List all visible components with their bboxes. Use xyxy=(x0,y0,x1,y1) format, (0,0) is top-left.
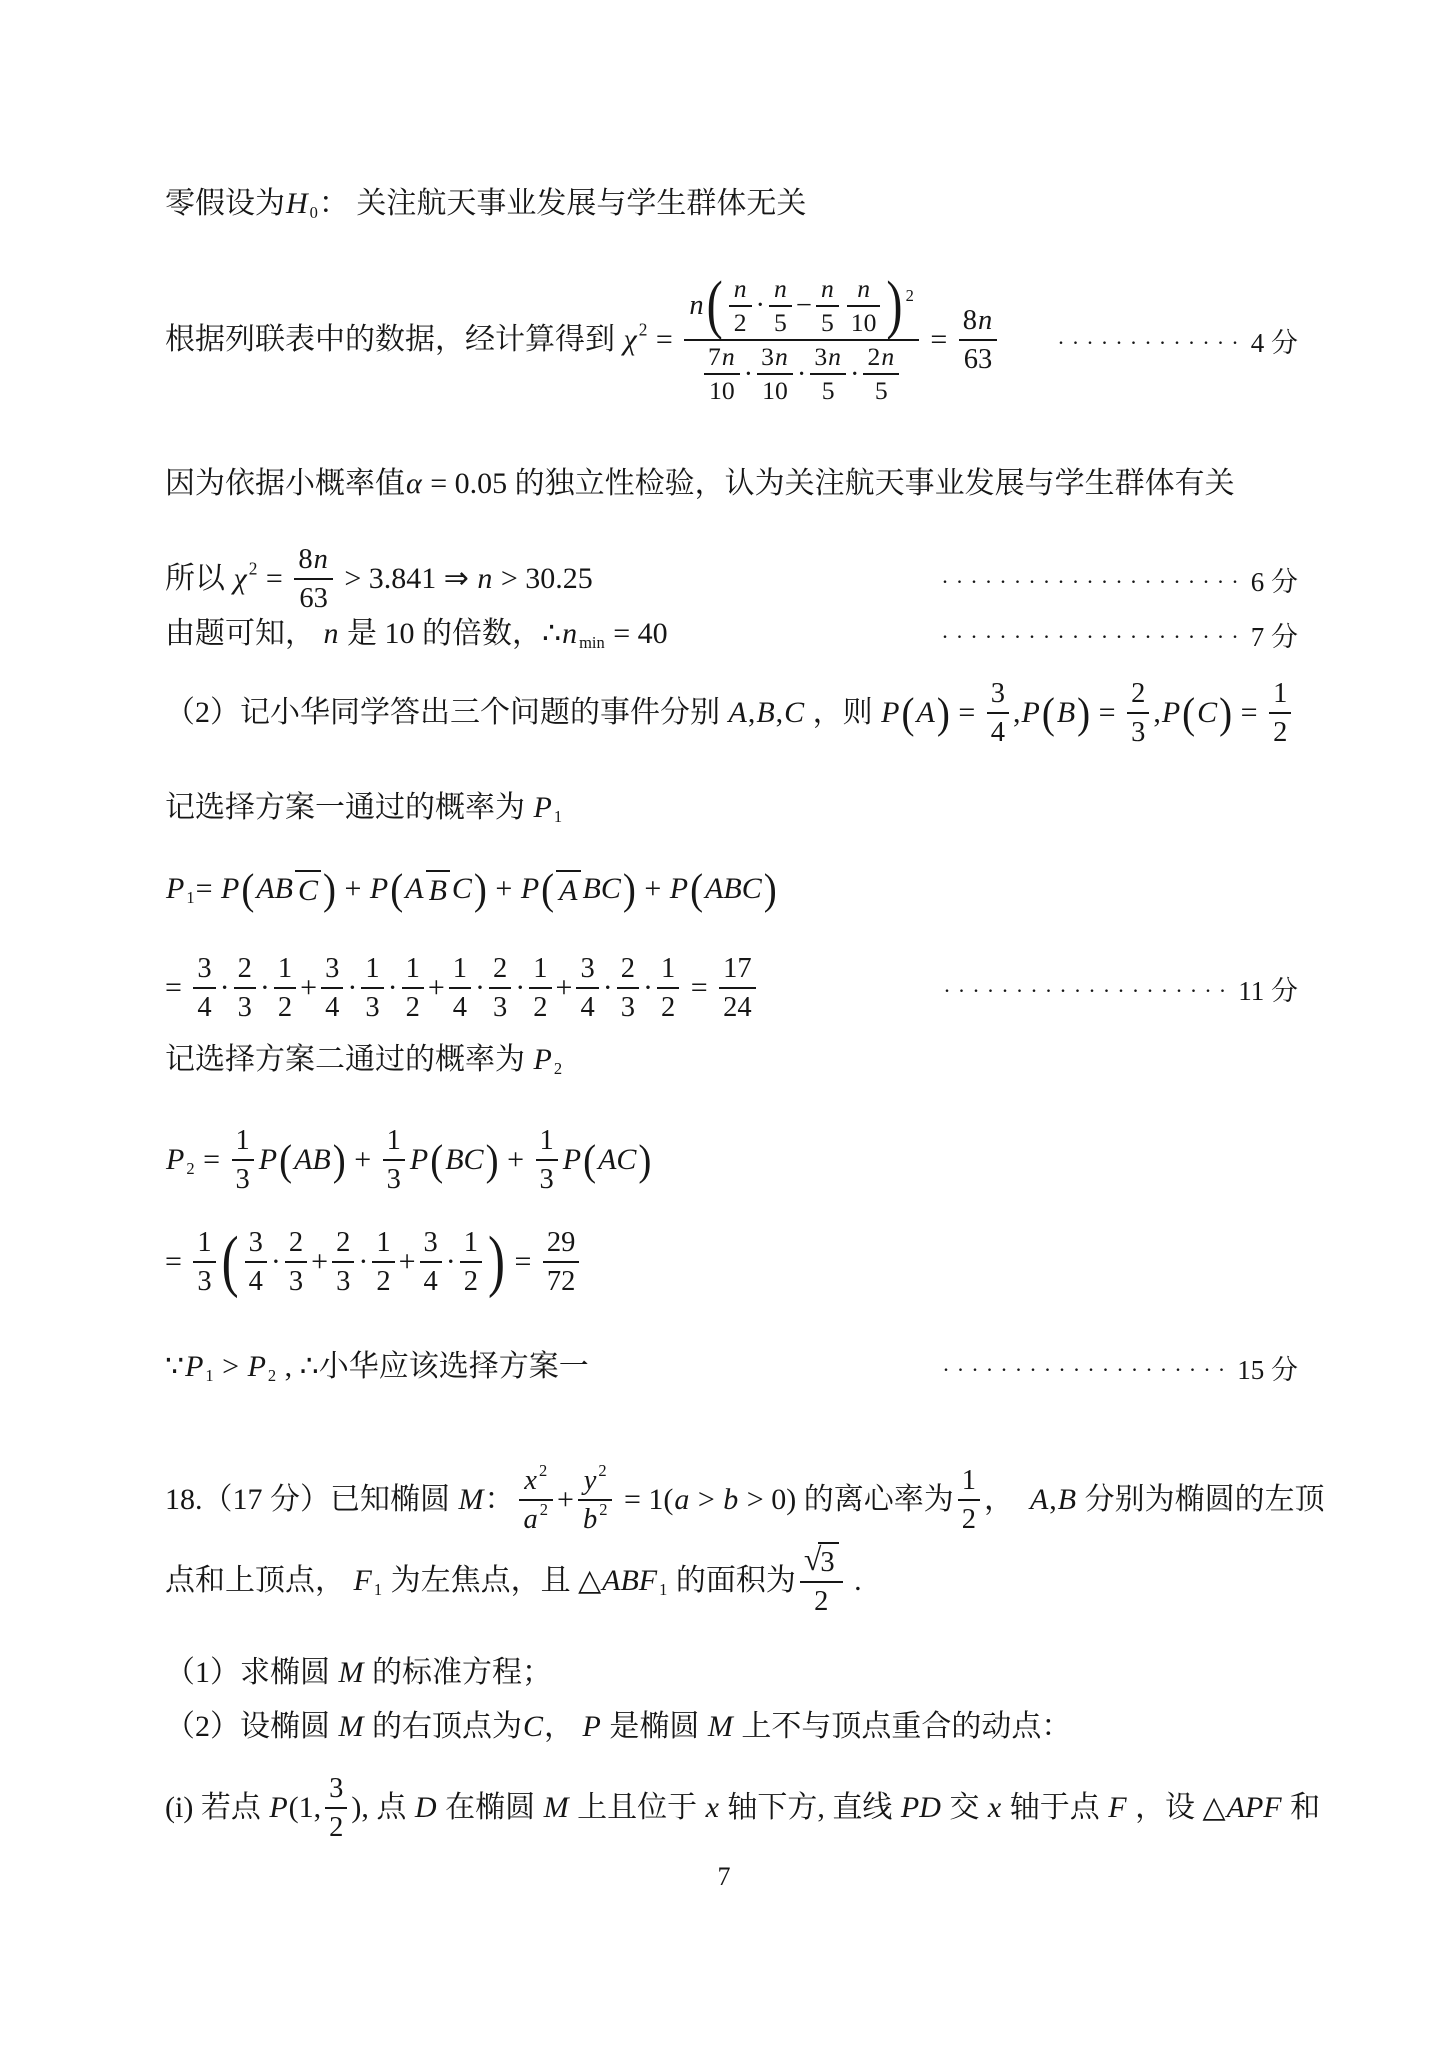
math-variable: P xyxy=(533,790,553,826)
numerator: 2 xyxy=(332,1224,354,1261)
math-text: （1）求椭圆 xyxy=(165,1655,338,1691)
math-text: + xyxy=(300,970,317,1006)
math-text: 24 xyxy=(723,989,752,1026)
math-text: , xyxy=(1049,1482,1057,1518)
math-text: 2 xyxy=(1131,675,1145,712)
denominator: 2 xyxy=(372,1261,394,1300)
numerator: 1 xyxy=(372,1224,394,1261)
math-text: 2 xyxy=(406,989,420,1026)
math-text: 29 xyxy=(547,1224,576,1261)
numerator: 1 xyxy=(361,950,383,987)
math-variable: ABC xyxy=(704,871,763,907)
fraction: 23 xyxy=(234,950,256,1026)
big-paren: ( xyxy=(222,1228,239,1297)
math-variable: n xyxy=(476,561,493,597)
math-variable: P xyxy=(533,1042,553,1078)
denominator: 4 xyxy=(321,987,343,1026)
math-text: 17 xyxy=(723,950,752,987)
math-variable: x xyxy=(987,1790,1002,1826)
math-text: 1 xyxy=(278,950,292,987)
fraction: 1724 xyxy=(719,950,756,1026)
math-text: = xyxy=(165,1244,189,1280)
square-root: √3 xyxy=(804,1542,839,1581)
score-mark-p1-value: ....................11 分 xyxy=(944,940,1298,1036)
big-paren: ) xyxy=(886,273,902,338)
math-text: 是 10 的倍数，∴ xyxy=(340,616,562,652)
math-text: = xyxy=(1233,695,1265,731)
math-variable: BC xyxy=(444,1142,484,1178)
line-chi-square-calculation: 根据列联表中的数据，经计算得到 χ2 = n(n2·n5−n5n10)27n10… xyxy=(165,262,1001,418)
math-variable: ABF xyxy=(601,1563,658,1599)
fraction: 2n5 xyxy=(863,341,899,407)
denominator: 5 xyxy=(863,373,899,407)
score-label: 4 分 xyxy=(1251,321,1298,360)
denominator: 2 xyxy=(958,1499,980,1538)
numerator: 8n xyxy=(959,302,998,339)
denominator: 3 xyxy=(332,1261,354,1300)
math-text: = 1( xyxy=(616,1482,673,1518)
math-text: 8 xyxy=(298,541,312,578)
math-text: 3 xyxy=(365,989,379,1026)
math-text: = xyxy=(951,695,983,731)
fraction: 13 xyxy=(193,1224,215,1300)
line-p2-expansion: P2 = 13P(AB) + 13P(BC) + 13P(AC) xyxy=(165,1112,652,1208)
numerator: 2n xyxy=(863,341,899,373)
math-text: 1 xyxy=(365,950,379,987)
math-text: = xyxy=(648,322,680,358)
math-text: 4 xyxy=(991,714,1005,751)
fraction: 8n63 xyxy=(294,541,333,617)
math-variable: n xyxy=(313,541,329,578)
math-text: 轴于点 xyxy=(1002,1790,1107,1826)
numerator: 3 xyxy=(576,950,598,987)
numerator: x2 xyxy=(519,1462,554,1499)
numerator: 3 xyxy=(245,1224,267,1261)
math-variable: n xyxy=(721,341,736,373)
paren: ) xyxy=(486,1138,499,1182)
numerator: 3 xyxy=(420,1224,442,1261)
paren: ( xyxy=(1182,691,1195,735)
fraction: 13 xyxy=(361,950,383,1026)
numerator: 1 xyxy=(529,950,551,987)
math-text: > 30.25 xyxy=(493,561,592,597)
fraction: 34 xyxy=(576,950,598,1026)
denominator: 2 xyxy=(274,987,296,1026)
math-text: + xyxy=(500,1142,532,1178)
paren: ) xyxy=(333,1138,346,1182)
math-text: ，则 xyxy=(805,695,880,731)
fraction: 12 xyxy=(1269,675,1291,751)
denominator: 2 xyxy=(657,987,679,1026)
denominator: 72 xyxy=(543,1261,580,1300)
math-text: = xyxy=(165,970,189,1006)
math-text: ： xyxy=(485,1482,515,1518)
denominator: 2 xyxy=(800,1581,843,1620)
math-variable: α xyxy=(405,466,423,502)
superscript: 2 xyxy=(906,285,914,306)
line-n-minimum: 由题可知， n 是 10 的倍数，∴nmin = 40 xyxy=(165,612,668,656)
math-text: ，设 △ xyxy=(1128,1790,1226,1826)
fraction: √32 xyxy=(800,1542,843,1620)
math-variable: P xyxy=(1021,695,1041,731)
fraction: n10 xyxy=(847,273,881,339)
subscript: 2 xyxy=(186,1159,194,1179)
math-text: 4 xyxy=(453,989,467,1026)
math-text: 为左焦点，且 △ xyxy=(383,1563,601,1599)
math-text: 3 xyxy=(991,675,1005,712)
math-variable: C xyxy=(297,873,319,909)
math-text: 零假设为 xyxy=(165,186,285,222)
math-variable: H xyxy=(285,186,309,222)
math-text: 2 xyxy=(464,1263,478,1300)
fraction: 23 xyxy=(1127,675,1149,751)
math-text: · xyxy=(797,356,807,393)
math-text: 72 xyxy=(547,1263,576,1300)
math-text: · xyxy=(446,1244,456,1280)
math-text: 2 xyxy=(1273,714,1287,751)
denominator: 7n10·3n10·3n5·2n5 xyxy=(684,339,919,407)
math-text: 1 xyxy=(533,950,547,987)
subscript: 2 xyxy=(554,1059,562,1079)
denominator: 2 xyxy=(529,987,551,1026)
numerator: 7n xyxy=(704,341,740,373)
math-text: · xyxy=(850,356,860,393)
line-null-hypothesis: 零假设为H0： 关注航天事业发展与学生群体无关 xyxy=(165,183,806,225)
math-text: 2 xyxy=(289,1224,303,1261)
radical-icon: √ xyxy=(804,1544,822,1576)
fraction: n5 xyxy=(769,273,792,339)
math-text: , xyxy=(776,695,784,731)
fraction: 13 xyxy=(383,1122,405,1198)
paren: ( xyxy=(390,867,403,911)
math-variable: BC xyxy=(582,871,622,907)
math-variable: P xyxy=(220,871,240,907)
line-q18-part1: （1）求椭圆 M 的标准方程； xyxy=(165,1652,552,1694)
page-number: 7 xyxy=(0,1862,1448,1892)
denominator: 2 xyxy=(1269,712,1291,751)
dotted-leader: .................... xyxy=(944,972,1234,998)
math-variable: M xyxy=(338,1709,365,1745)
math-text: = xyxy=(923,322,955,358)
math-variable: P xyxy=(165,871,185,907)
numerator: n xyxy=(729,273,752,305)
math-variable: χ xyxy=(623,322,638,358)
fraction: 34 xyxy=(987,675,1009,751)
numerator: 1 xyxy=(536,1122,558,1159)
math-variable: n xyxy=(856,273,871,305)
subscript: 1 xyxy=(205,1366,213,1386)
math-text: 8 xyxy=(963,302,977,339)
numerator: 1 xyxy=(274,950,296,987)
superscript: 2 xyxy=(539,1460,547,1481)
math-variable: n xyxy=(820,273,835,305)
math-text: 3 xyxy=(814,341,827,373)
fraction: 13 xyxy=(232,1122,254,1198)
math-text: 3 xyxy=(197,950,211,987)
math-text: 3 xyxy=(820,1544,834,1581)
subscript: 1 xyxy=(659,1580,667,1600)
numerator: 3n xyxy=(810,341,846,373)
math-text: = xyxy=(683,970,715,1006)
paren: ( xyxy=(541,867,554,911)
fraction: 23 xyxy=(489,950,511,1026)
overline: B xyxy=(426,870,450,909)
fraction: 34 xyxy=(321,950,343,1026)
paren: ( xyxy=(583,1138,596,1182)
math-text: , xyxy=(1013,695,1021,731)
math-text: 4 xyxy=(580,989,594,1026)
math-variable: x xyxy=(523,1462,538,1499)
fraction: x2a2 xyxy=(519,1462,554,1538)
fraction: 34 xyxy=(245,1224,267,1300)
math-variable: C xyxy=(783,695,805,731)
math-text: > 3.841 ⇒ xyxy=(337,561,477,597)
math-text: 是椭圆 xyxy=(602,1709,707,1745)
fraction: n(n2·n5−n5n10)27n10·3n10·3n5·2n5 xyxy=(684,273,919,407)
math-text: · xyxy=(271,1244,281,1280)
fraction: n5 xyxy=(816,273,839,339)
paren: ( xyxy=(430,1138,443,1182)
math-variable: n xyxy=(323,616,340,652)
math-variable: n xyxy=(773,273,788,305)
denominator: 3 xyxy=(617,987,639,1026)
math-variable: a xyxy=(673,1482,690,1518)
superscript: 2 xyxy=(599,1499,607,1520)
fraction: 34 xyxy=(193,950,215,1026)
math-text: 3 xyxy=(761,341,774,373)
superscript: 2 xyxy=(639,319,648,340)
math-text: 记选择方案二通过的概率为 xyxy=(165,1042,533,1078)
math-variable: n xyxy=(880,341,895,373)
denominator: 4 xyxy=(987,712,1009,751)
math-text: 3 xyxy=(238,989,252,1026)
math-variable: n xyxy=(977,302,993,339)
math-variable: B xyxy=(755,695,775,731)
math-variable: A xyxy=(728,695,748,731)
score-mark-chi-square-calculation: .............4 分 xyxy=(1058,262,1298,418)
math-text: · xyxy=(347,970,357,1006)
math-variable: AC xyxy=(597,1142,637,1178)
paren: ( xyxy=(690,867,703,911)
denominator: 3 xyxy=(285,1261,307,1300)
math-text: 3 xyxy=(289,1263,303,1300)
math-variable: M xyxy=(543,1790,570,1826)
denominator: 2 xyxy=(729,305,752,339)
math-text: ： 关注航天事业发展与学生群体无关 xyxy=(319,186,807,222)
denominator: 4 xyxy=(420,1261,442,1300)
fraction: 12 xyxy=(372,1224,394,1300)
math-text: + xyxy=(311,1244,328,1280)
math-variable: A xyxy=(558,873,578,909)
math-text: = 40 xyxy=(606,616,668,652)
math-variable: P xyxy=(562,1142,582,1178)
math-text: + xyxy=(488,871,520,907)
score-label: 7 分 xyxy=(1251,615,1298,654)
math-text: + xyxy=(428,970,445,1006)
score-label: 6 分 xyxy=(1251,560,1298,599)
fraction: 34 xyxy=(420,1224,442,1300)
math-text: (1, xyxy=(289,1790,322,1826)
math-text: 10 xyxy=(762,375,788,407)
line-q18-intro-line2: 点和上顶点， F1 为左焦点，且 △ABF1 的面积为√32 . xyxy=(165,1532,862,1630)
math-variable: n xyxy=(688,287,704,324)
fraction: 12 xyxy=(529,950,551,1026)
superscript: 2 xyxy=(540,1499,548,1520)
denominator: 24 xyxy=(719,987,756,1026)
math-variable: b xyxy=(722,1482,739,1518)
math-text: （2）设椭圆 xyxy=(165,1709,338,1745)
math-text: 记选择方案一通过的概率为 xyxy=(165,790,533,826)
denominator: 4 xyxy=(576,987,598,1026)
math-text: 根据列联表中的数据，经计算得到 xyxy=(165,322,623,358)
math-text: 交 xyxy=(942,1790,987,1826)
math-text: 3 xyxy=(580,950,594,987)
math-variable: n xyxy=(561,616,578,652)
line-part2-events: （2）记小华同学答出三个问题的事件分别 A,B,C ，则 P(A) = 34,P… xyxy=(165,666,1295,760)
math-variable: P xyxy=(258,1142,278,1178)
math-text: · xyxy=(358,1244,368,1280)
numerator: 2 xyxy=(234,950,256,987)
math-text: = xyxy=(196,1142,228,1178)
math-text: + xyxy=(347,1142,379,1178)
math-text: · xyxy=(388,970,398,1006)
math-text: 1 xyxy=(540,1122,554,1159)
math-text: 3 xyxy=(424,1224,438,1261)
math-text: 2 xyxy=(814,1583,828,1620)
line-p1-value: = 34·23·12+34·13·12+14·23·12+34·23·12 = … xyxy=(165,940,760,1036)
math-text: 1 xyxy=(387,1122,401,1159)
denominator: 3 xyxy=(193,1261,215,1300)
math-variable: B xyxy=(1057,1482,1077,1518)
fraction: 7n10 xyxy=(704,341,740,407)
math-variable: C xyxy=(1196,695,1218,731)
math-text: 3 xyxy=(329,1770,343,1807)
math-text: · xyxy=(756,287,766,324)
fraction: 2972 xyxy=(543,1224,580,1300)
math-text: 3 xyxy=(249,1224,263,1261)
math-variable: D xyxy=(414,1790,438,1826)
paren: ) xyxy=(1077,691,1090,735)
math-text: − xyxy=(796,287,812,324)
paren: ( xyxy=(279,1138,292,1182)
subscript: 1 xyxy=(186,888,194,908)
math-text: . xyxy=(847,1563,862,1599)
math-text: 3 xyxy=(540,1161,554,1198)
math-text: 2 xyxy=(278,989,292,1026)
numerator: 29 xyxy=(543,1224,580,1261)
line-q18-part2: （2）设椭圆 M 的右顶点为C， P 是椭圆 M 上不与顶点重合的动点： xyxy=(165,1706,1071,1748)
math-text: 1 xyxy=(464,1224,478,1261)
math-text: (i) 若点 xyxy=(165,1790,268,1826)
math-text: 1 xyxy=(962,1462,976,1499)
paren: ( xyxy=(241,867,254,911)
math-text: = 0.05 的独立性检验，认为关注航天事业发展与学生群体有关 xyxy=(423,466,1235,502)
math-text: 1 xyxy=(197,1224,211,1261)
math-text: 2 xyxy=(533,989,547,1026)
denominator: 3 xyxy=(383,1159,405,1198)
math-variable: F xyxy=(353,1563,373,1599)
paren: ) xyxy=(764,867,777,911)
math-text: = xyxy=(258,561,290,597)
math-text: 4 xyxy=(325,989,339,1026)
denominator: 5 xyxy=(769,305,792,339)
denominator: 5 xyxy=(816,305,839,339)
dotted-leader: .................... xyxy=(943,1351,1233,1377)
fraction: 3n10 xyxy=(757,341,793,407)
numerator: 2 xyxy=(617,950,639,987)
dotted-leader: ..................... xyxy=(942,618,1247,644)
math-text: 1 xyxy=(661,950,675,987)
math-text: 的右顶点为 xyxy=(365,1709,523,1745)
math-text: · xyxy=(220,970,230,1006)
denominator: 4 xyxy=(193,987,215,1026)
math-text: 4 xyxy=(197,989,211,1026)
paren: ( xyxy=(1042,691,1055,735)
math-variable: A xyxy=(1029,1482,1049,1518)
denominator: 3 xyxy=(232,1159,254,1198)
line-q18-part2-i: (i) 若点 P(1,32), 点 D 在椭圆 M 上且位于 x 轴下方, 直线… xyxy=(165,1760,1320,1856)
math-text: + xyxy=(556,970,573,1006)
subscript: 2 xyxy=(268,1366,276,1386)
math-text: ), 点 xyxy=(351,1790,414,1826)
subscript: 1 xyxy=(554,807,562,827)
fraction: n2 xyxy=(729,273,752,339)
math-text: 2 xyxy=(734,307,747,339)
math-variable: P xyxy=(880,695,900,731)
math-text: = xyxy=(507,1244,539,1280)
superscript: 2 xyxy=(249,558,258,579)
numerator: 1 xyxy=(1269,675,1291,712)
subscript: 0 xyxy=(310,203,318,223)
math-text: 2 xyxy=(962,1501,976,1538)
math-variable: B xyxy=(428,873,448,909)
math-text: 1 xyxy=(376,1224,390,1261)
math-text: 5 xyxy=(821,307,834,339)
math-text: 5 xyxy=(774,307,787,339)
paren: ) xyxy=(323,867,336,911)
math-variable: n xyxy=(733,273,748,305)
math-text: , xyxy=(748,695,756,731)
math-text: 2 xyxy=(661,989,675,1026)
math-variable: M xyxy=(458,1482,485,1518)
denominator: 63 xyxy=(959,339,998,378)
math-text: 1 xyxy=(1273,675,1287,712)
fraction: 23 xyxy=(332,1224,354,1300)
math-text: 3 xyxy=(325,950,339,987)
document-page: 零假设为H0： 关注航天事业发展与学生群体无关根据列联表中的数据，经计算得到 χ… xyxy=(0,0,1448,2048)
math-variable: n xyxy=(827,341,842,373)
math-text: 和 xyxy=(1283,1790,1321,1826)
math-variable: P xyxy=(268,1790,288,1826)
fraction: 32 xyxy=(325,1770,347,1846)
numerator: 1 xyxy=(958,1462,980,1499)
math-variable: APF xyxy=(1226,1790,1283,1826)
paren: ) xyxy=(474,867,487,911)
fraction: 14 xyxy=(449,950,471,1026)
math-text: > xyxy=(690,1482,722,1518)
numerator: 2 xyxy=(489,950,511,987)
numerator: 3 xyxy=(987,675,1009,712)
math-text: · xyxy=(603,970,613,1006)
math-text: 在椭圆 xyxy=(438,1790,543,1826)
fraction: y2b2 xyxy=(578,1462,613,1538)
fraction: 12 xyxy=(274,950,296,1026)
denominator: 3 xyxy=(234,987,256,1026)
math-text: , xyxy=(1153,695,1161,731)
line-p2-value: = 13(34·23+23·12+34·12) = 2972 xyxy=(165,1214,583,1310)
math-variable: P xyxy=(247,1349,267,1385)
paren: ) xyxy=(638,1138,651,1182)
